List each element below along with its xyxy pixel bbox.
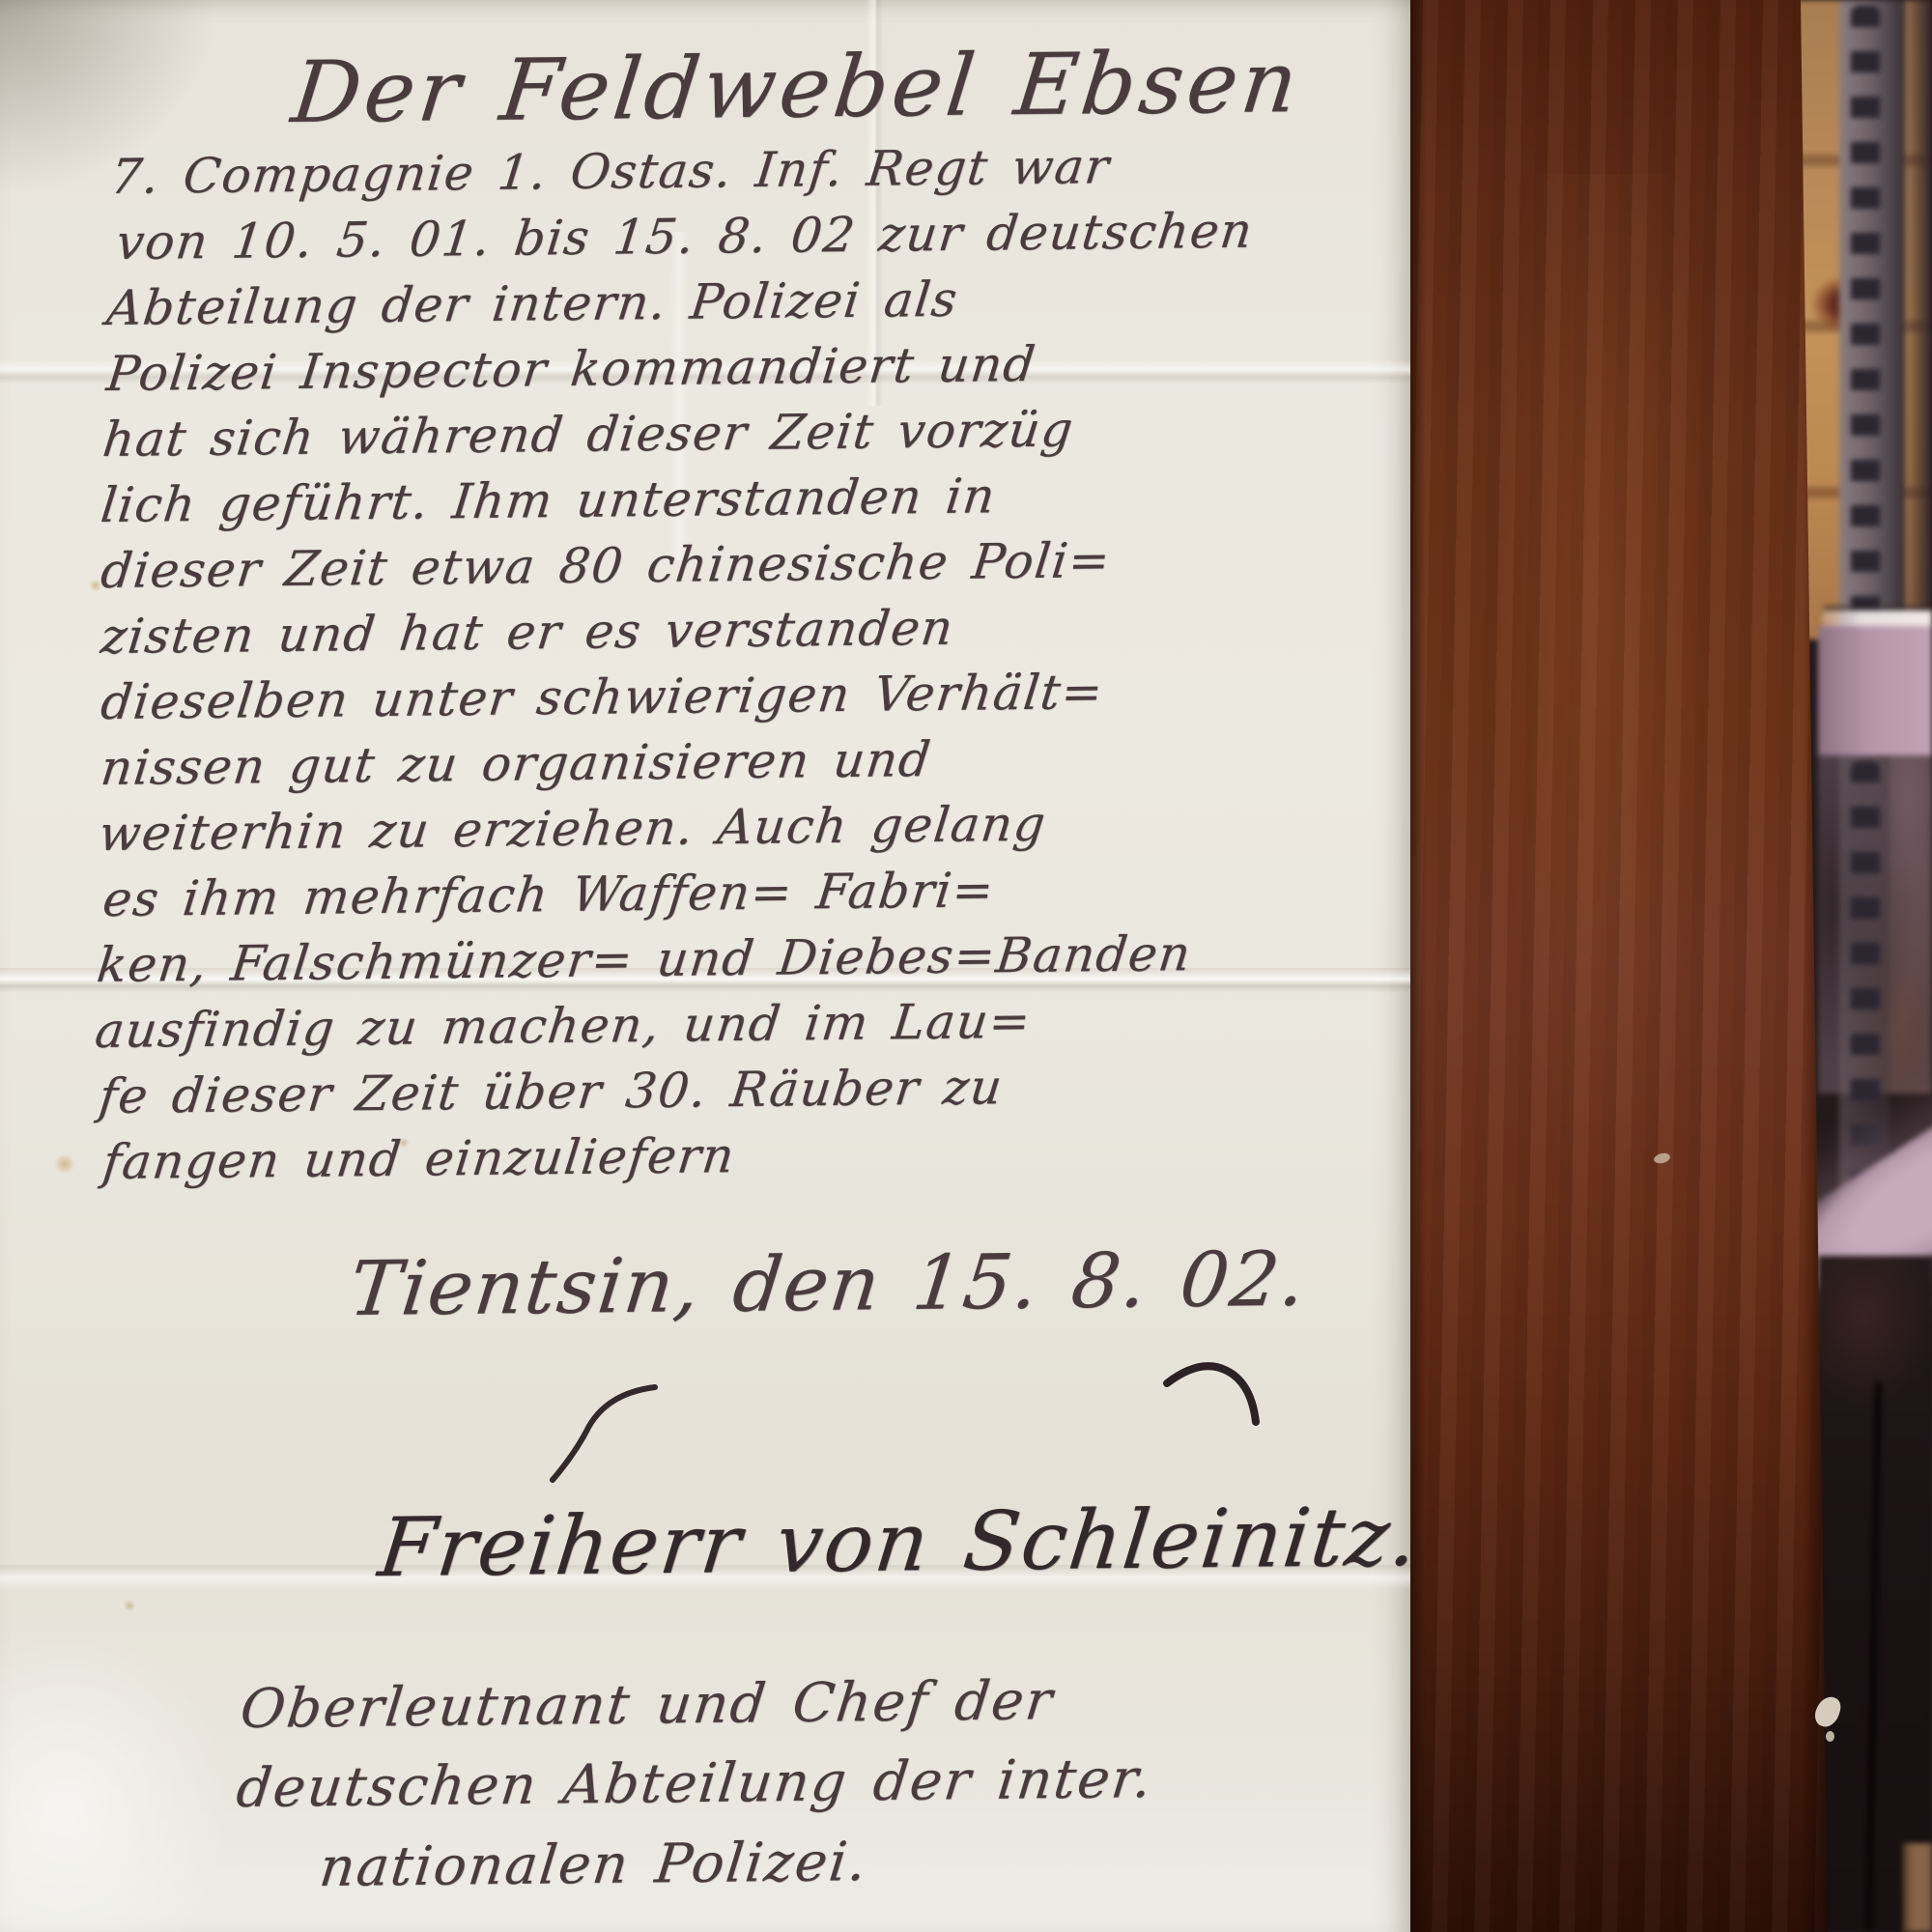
handwriting-line-4: Polizei Inspector kommandiert und (104, 340, 1038, 398)
dateline: Tientsin, den 15. 8. 02. (346, 1242, 1311, 1327)
signature: Freiherr von Schleinitz. (375, 1496, 1423, 1588)
handwriting-line-11: weiterhin zu erziehen. Auch gelang (97, 800, 1049, 858)
paint-chip-small (1826, 1731, 1834, 1742)
trim-dots (1851, 6, 1880, 613)
pen-flourish-right (1159, 1354, 1270, 1436)
document-heading: Der Feldwebel Ebsen (288, 40, 1305, 135)
signature-title-line-2: deutschen Abteilung der inter. (234, 1752, 1155, 1816)
handwriting-line-16: fangen und einzuliefern (100, 1131, 738, 1186)
dotted-trim-upper (1839, 0, 1905, 626)
foxing-spot (54, 1155, 75, 1173)
wooden-board (1410, 0, 1828, 1932)
handwriting-line-14: ausfindig zu machen, und im Lau= (93, 997, 1034, 1055)
paper-corner-highlight (0, 1623, 232, 1932)
handwriting-line-2: von 10. 5. 01. bis 15. 8. 02 zur deutsch… (114, 207, 1256, 267)
handwriting-line-15: fe dieser Zeit über 30. Räuber zu (97, 1063, 1006, 1121)
handwriting-line-1: 7. Compagnie 1. Ostas. Inf. Regt war (108, 142, 1113, 201)
pen-flourish-left (541, 1379, 667, 1491)
handwriting-line-5: hat sich während dieser Zeit vorzüg (100, 405, 1076, 464)
signature-title-line-3: nationalen Polizei. (317, 1835, 870, 1895)
handwriting-line-10: nissen gut zu organisieren und (99, 735, 934, 792)
handwriting-line-9: dieselben unter schwierigen Verhält= (99, 668, 1106, 726)
handwriting-line-3: Abteilung der intern. Polizei als (104, 275, 960, 332)
handwriting-line-13: ken, Falschmünzer= und Diebes=Banden (95, 929, 1194, 989)
paper-sheet: Der Feldwebel Ebsen 7. Compagnie 1. Osta… (0, 0, 1412, 1932)
board-left-edge-shadow (1410, 0, 1426, 1932)
foxing-spot (124, 1600, 135, 1611)
handwriting-line-7: dieser Zeit etwa 80 chinesische Poli= (99, 536, 1114, 595)
dark-edge-top (1899, 0, 1932, 639)
signature-title-line-1: Oberleutnant und Chef der (238, 1674, 1057, 1737)
photo-scene: Der Feldwebel Ebsen 7. Compagnie 1. Osta… (0, 0, 1932, 1932)
handwriting-line-6: lich geführt. Ihm unterstanden in (99, 471, 999, 529)
white-highlight-stripe (1822, 611, 1932, 627)
handwriting-line-12: es ihm mehrfach Waffen= Fabri= (100, 866, 997, 923)
corner-wood-patch (1903, 1843, 1932, 1932)
pink-fabric-upper (1818, 626, 1932, 755)
handwriting-line-8: zisten und hat er es verstanden (99, 604, 956, 661)
wood-sheen (1497, 174, 1710, 1236)
